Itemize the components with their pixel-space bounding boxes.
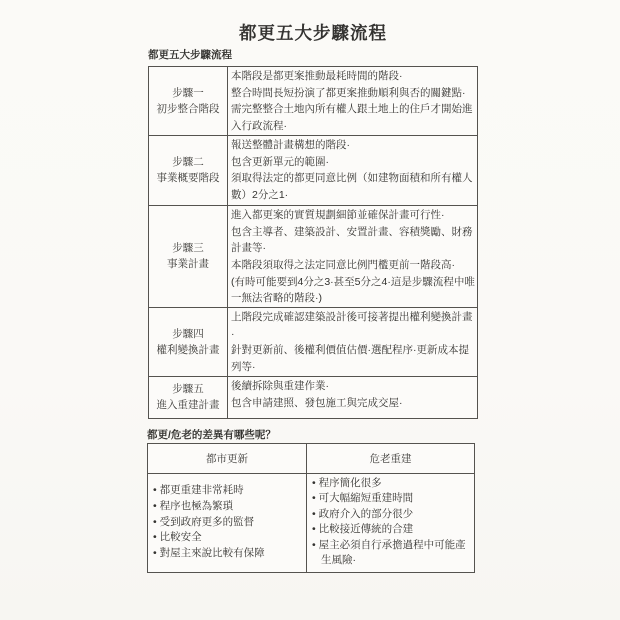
step-stage: 初步整合階段	[157, 101, 220, 117]
list-item: • 程序也極為繁瑣	[153, 499, 302, 515]
step4-description-cell: 上階段完成確認建築設計後可接著提出權利變換計畫· 針對更新前、後權利價值估價·選…	[228, 308, 477, 376]
step3-description-cell: 進入都更案的實質規劃細節並確保計畫可行性· 包含主導者、建築設計、安置計畫、容積…	[228, 206, 477, 307]
column-header-urban-renewal: 都市更新	[148, 444, 307, 473]
table-row-step1: 步驟一 初步整合階段 本階段是都更案推動最耗時間的階段· 整合時間長短扮演了都更…	[149, 67, 477, 135]
step-stage: 進入重建計畫	[157, 397, 220, 413]
list-item: • 屋主必須自行承擔過程中可能產生風險·	[312, 538, 472, 569]
step-stage: 事業計畫	[167, 256, 209, 272]
urban-renewal-points-cell: • 都更重建非常耗時 • 程序也極為繁瑣 • 受到政府更多的監督 • 比較安全 …	[148, 474, 307, 572]
list-item: • 比較安全	[153, 530, 302, 546]
bullet-icon: •	[312, 523, 316, 535]
table-row-step3: 步驟三 事業計畫 進入都更案的實質規劃細節並確保計畫可行性· 包含主導者、建築設…	[149, 205, 477, 307]
list-item-text: 比較接近傳統的合建	[319, 523, 414, 535]
description-line: 後續拆除與重建作業·	[231, 378, 475, 395]
step-number: 步驟五	[172, 381, 204, 397]
list-item-text: 都更重建非常耗時	[160, 484, 244, 496]
dilapidated-rebuild-points-cell: • 程序簡化很多 • 可大幅縮短重建時間 • 政府介入的部分很少 • 比較接近傳…	[307, 474, 474, 572]
list-item: • 程序簡化很多	[312, 476, 472, 491]
list-item-text: 程序也極為繁瑣	[160, 500, 234, 512]
description-line: 包含更新單元的範圍·	[231, 154, 475, 171]
list-item: • 都更重建非常耗時	[153, 483, 302, 499]
page-title: 都更五大步驟流程	[148, 20, 478, 45]
process-steps-table: 步驟一 初步整合階段 本階段是都更案推動最耗時間的階段· 整合時間長短扮演了都更…	[148, 66, 478, 419]
description-line: 針對更新前、後權利價值估價·選配程序·更新成本提列等·	[231, 342, 475, 375]
process-section-heading: 都更五大步驟流程	[148, 47, 232, 62]
list-item: • 比較接近傳統的合建	[312, 522, 472, 537]
description-line: 包含主導者、建築設計、安置計畫、容積獎勵、財務計畫等·	[231, 224, 475, 257]
bullet-icon: •	[153, 500, 157, 512]
bullet-icon: •	[153, 547, 157, 559]
comparison-table-header: 都市更新 危老重建	[148, 444, 474, 474]
scanned-document-page: 都更五大步驟流程 都更五大步驟流程 步驟一 初步整合階段 本階段是都更案推動最耗…	[0, 0, 620, 620]
step-number: 步驟一	[172, 85, 204, 101]
bullet-icon: •	[153, 484, 157, 496]
list-item-text: 受到政府更多的監督	[160, 516, 255, 528]
table-row-step5: 步驟五 進入重建計畫 後續拆除與重建作業· 包含申請建照、發包施工與完成交屋·	[149, 376, 477, 418]
description-line: 報送整體計畫構想的階段·	[231, 137, 475, 154]
bullet-icon: •	[312, 492, 316, 504]
step-stage: 權利變換計畫	[157, 342, 220, 358]
description-line: 包含申請建照、發包施工與完成交屋·	[231, 395, 475, 412]
list-item: • 受到政府更多的監督	[153, 515, 302, 531]
bullet-icon: •	[312, 477, 316, 489]
step4-label-cell: 步驟四 權利變換計畫	[149, 308, 228, 376]
step1-label-cell: 步驟一 初步整合階段	[149, 67, 228, 135]
table-row-step2: 步驟二 事業概要階段 報送整體計畫構想的階段· 包含更新單元的範圍· 須取得法定…	[149, 135, 477, 205]
list-item: • 政府介入的部分很少	[312, 507, 472, 522]
step-number: 步驟二	[172, 154, 204, 170]
step5-description-cell: 後續拆除與重建作業· 包含申請建照、發包施工與完成交屋·	[228, 377, 477, 418]
list-item-text: 可大幅縮短重建時間	[319, 492, 414, 504]
comparison-section-heading: 都更/危老的差異有哪些呢？	[147, 427, 276, 442]
description-line: 本階段是都更案推動最耗時間的階段·	[231, 68, 475, 85]
list-item-text: 屋主必須自行承擔過程中可能產生風險·	[319, 539, 466, 566]
step5-label-cell: 步驟五 進入重建計畫	[149, 377, 228, 418]
bullet-icon: •	[153, 516, 157, 528]
description-line: 需完整整合土地內所有權人跟土地上的住戶才開始進入行政流程·	[231, 101, 475, 134]
description-line: 本階段須取得之法定同意比例門檻更前一階段高·	[231, 257, 475, 274]
description-line: 進入都更案的實質規劃細節並確保計畫可行性·	[231, 207, 475, 224]
list-item-text: 對屋主來說比較有保障	[160, 547, 265, 559]
list-item-text: 比較安全	[160, 531, 202, 543]
step-stage: 事業概要階段	[157, 170, 220, 186]
comparison-table-body: • 都更重建非常耗時 • 程序也極為繁瑣 • 受到政府更多的監督 • 比較安全 …	[148, 474, 474, 572]
list-item: • 可大幅縮短重建時間	[312, 491, 472, 506]
list-item: • 對屋主來說比較有保障	[153, 546, 302, 562]
description-line: 整合時間長短扮演了都更案推動順利與否的關鍵點·	[231, 85, 475, 102]
column-header-dilapidated-rebuild: 危老重建	[307, 444, 474, 473]
bullet-icon: •	[312, 539, 316, 551]
step2-description-cell: 報送整體計畫構想的階段· 包含更新單元的範圍· 須取得法定的都更同意比例（如建物…	[228, 136, 477, 205]
description-line: 須取得法定的都更同意比例（如建物面積和所有權人數）2分之1·	[231, 170, 475, 203]
step-number: 步驟四	[172, 326, 204, 342]
list-item-text: 政府介入的部分很少	[319, 508, 414, 520]
list-item-text: 程序簡化很多	[319, 477, 382, 489]
description-line: 上階段完成確認建築設計後可接著提出權利變換計畫·	[231, 309, 475, 342]
step-number: 步驟三	[172, 240, 204, 256]
bullet-icon: •	[153, 531, 157, 543]
comparison-table: 都市更新 危老重建 • 都更重建非常耗時 • 程序也極為繁瑣 • 受到政府更多的…	[147, 443, 475, 573]
step1-description-cell: 本階段是都更案推動最耗時間的階段· 整合時間長短扮演了都更案推動順利與否的關鍵點…	[228, 67, 477, 135]
description-line: (有時可能要到4分之3·甚至5分之4·這是步驟流程中唯一無法省略的階段·)	[231, 274, 475, 307]
bullet-icon: •	[312, 508, 316, 520]
step3-label-cell: 步驟三 事業計畫	[149, 206, 228, 307]
table-row-step4: 步驟四 權利變換計畫 上階段完成確認建築設計後可接著提出權利變換計畫· 針對更新…	[149, 307, 477, 376]
step2-label-cell: 步驟二 事業概要階段	[149, 136, 228, 205]
